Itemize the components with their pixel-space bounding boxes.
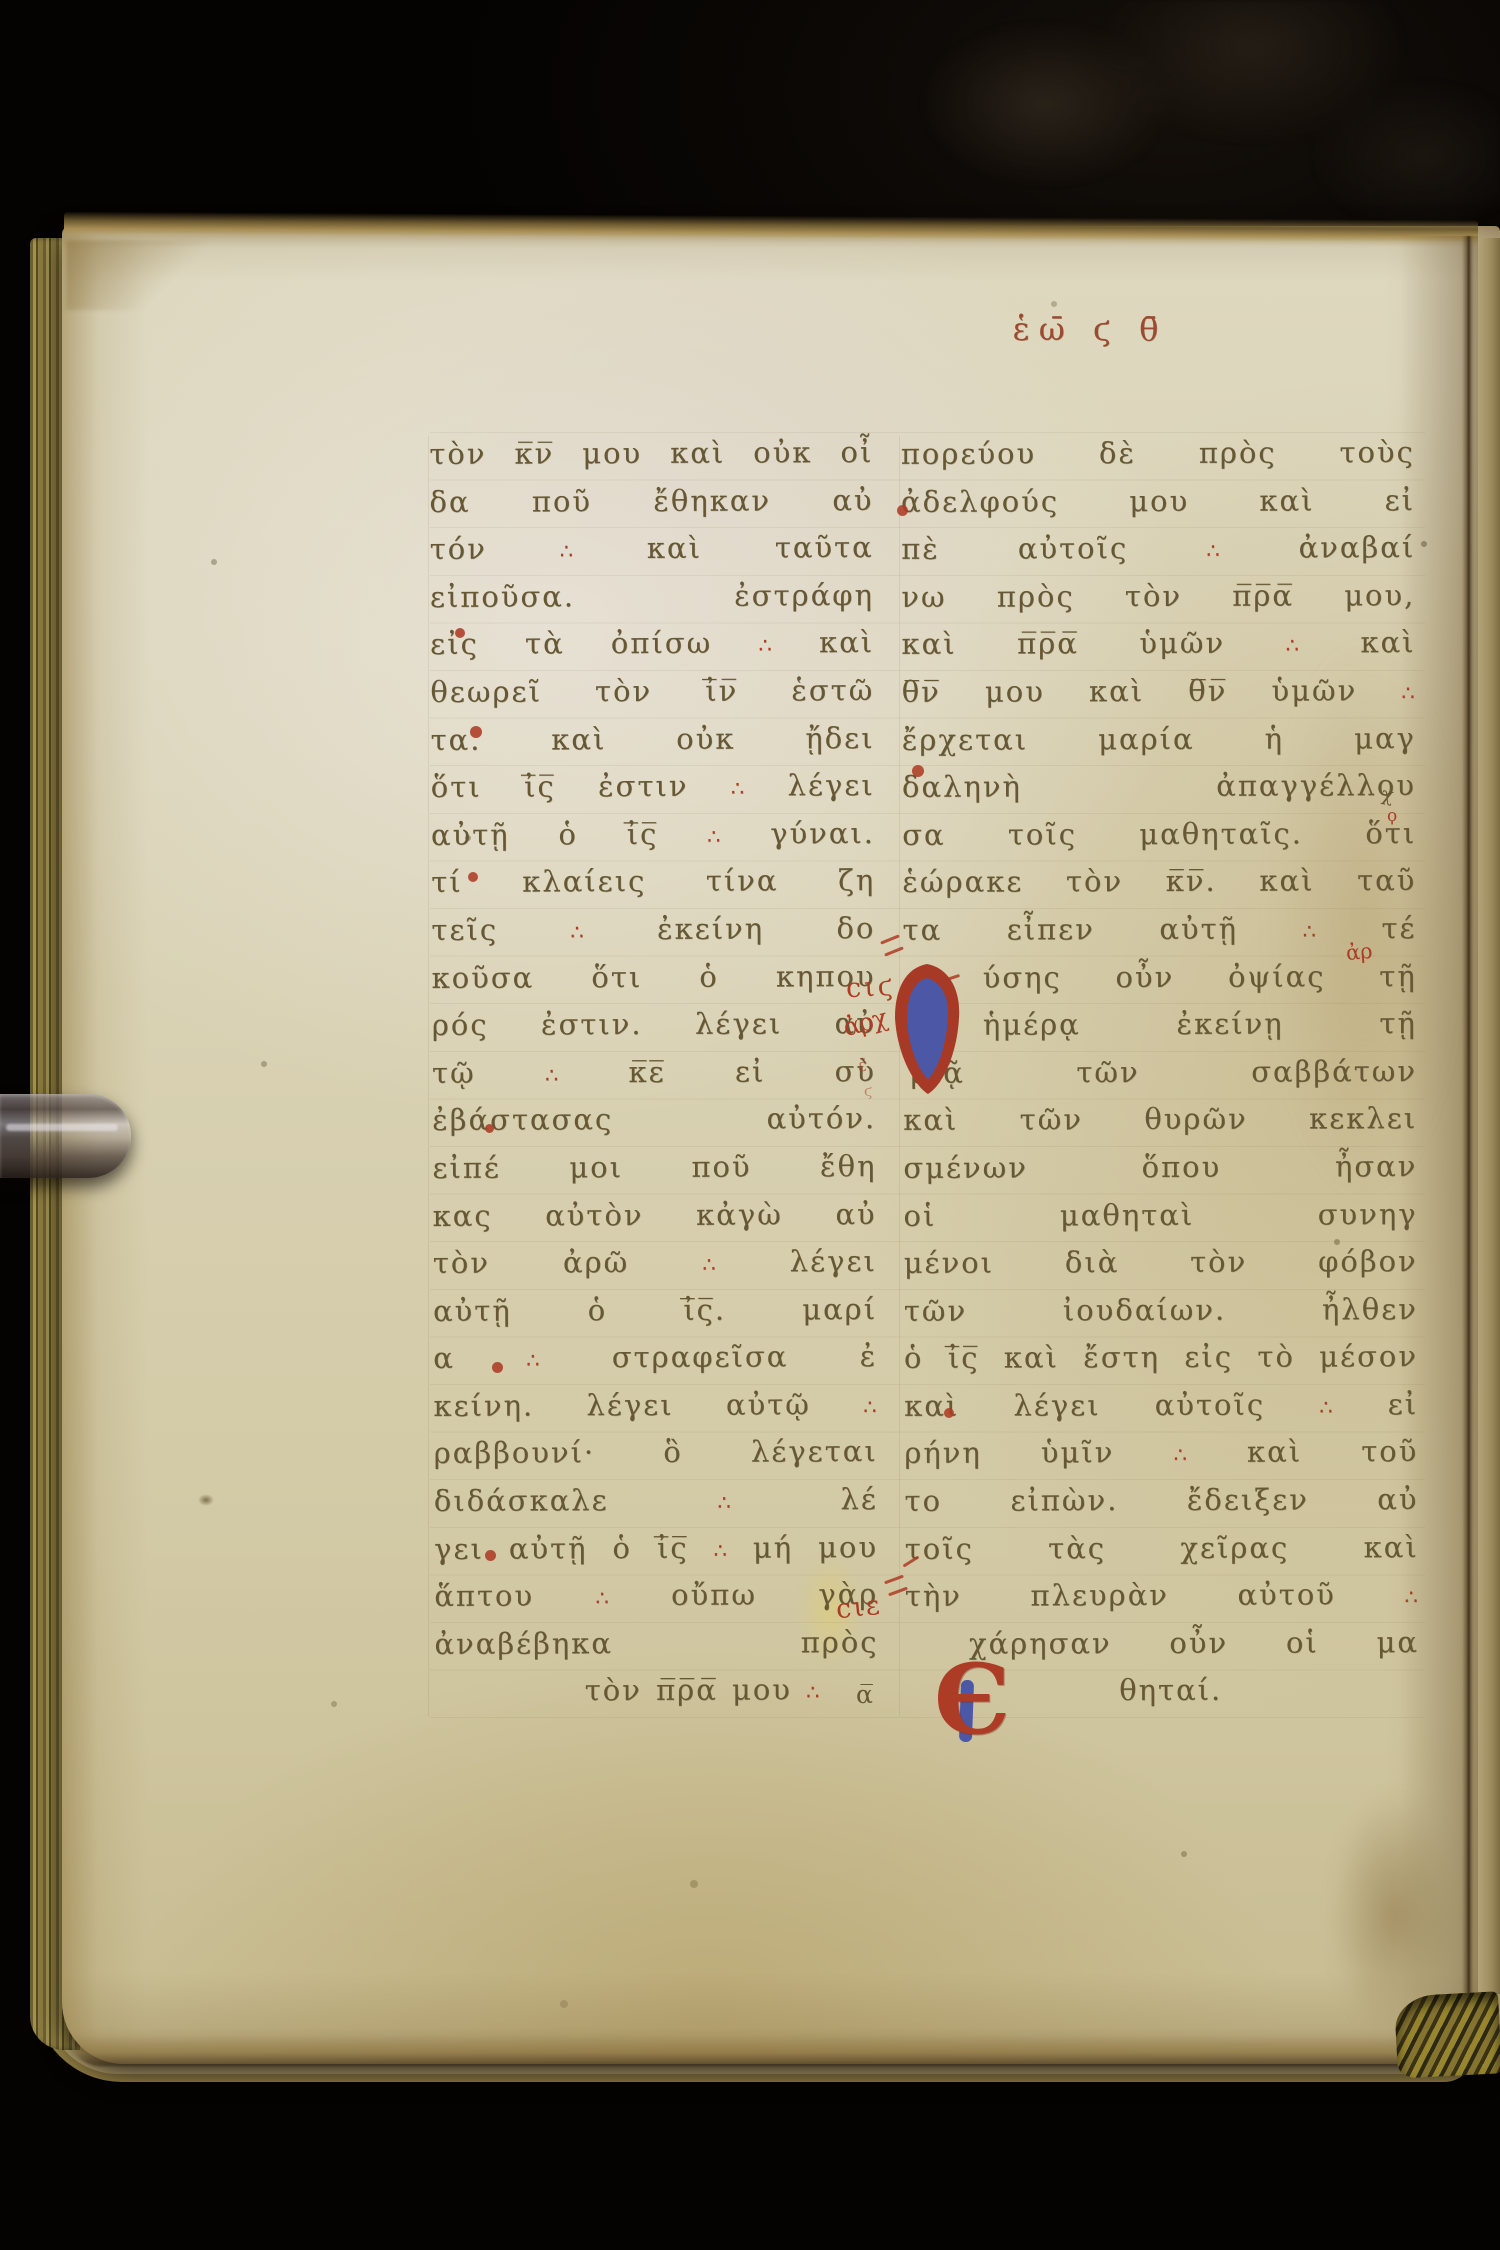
red-accent-dot — [492, 1362, 503, 1373]
page-bottom-edge — [70, 2036, 1420, 2066]
right-margin-mark: ϙ — [1387, 806, 1397, 826]
text-line: ἡμέρᾳ ἐκείνῃ τῇ — [903, 1000, 1417, 1049]
text-line: ρήνη ὑμῖν ∴ καὶ τοῦ — [904, 1429, 1418, 1478]
text-line: εἰπέ μοι ποῦ ἔθη — [432, 1143, 876, 1193]
text-line: θ̅ν̅ μου καὶ θ̅ν̅ ὑμῶν ∴ — [902, 667, 1416, 716]
text-line: α ∴ στραφεῖσα ἐ — [433, 1333, 877, 1383]
red-punctuation: ∴ — [595, 1586, 609, 1610]
initial-epsilon-glyph: Є — [934, 1650, 1010, 1750]
red-punctuation: ∴ — [1206, 539, 1220, 563]
text-line: τα. καὶ οὐκ ᾔδει — [430, 715, 874, 765]
text-line: θεωρεῖ τὸν ἰ̅ν̅ ἑστῶ — [430, 667, 874, 717]
red-punctuation: ∴ — [1401, 681, 1415, 705]
red-punctuation: ∴ — [806, 1681, 820, 1705]
red-punctuation: ∴ — [1286, 634, 1300, 658]
text-line: ὅτι ἰ̅ς̅ ἐστιν ∴ λέγει — [431, 762, 875, 812]
rod-highlight — [6, 1124, 118, 1131]
text-line: ἑώρακε τὸν κ̅ν̅. καὶ ταῦ — [902, 857, 1416, 906]
text-line: τὸν ἀρῶ ∴ λέγει — [433, 1238, 877, 1288]
text-line: αὐτῇ ὁ ἰ̅ς̅. μαρί — [433, 1286, 877, 1336]
glass-page-weight-rod — [0, 1094, 131, 1178]
red-punctuation: ∴ — [731, 777, 745, 801]
red-punctuation: ∴ — [707, 824, 721, 848]
text-line: ραββουνί· ὃ λέγεται — [434, 1428, 878, 1478]
text-line: ἐβάστασας αὐτόν. — [432, 1095, 876, 1145]
red-punctuation: ∴ — [1319, 1395, 1333, 1419]
text-line: πὲ αὐτοῖς ∴ ἀναβαί — [901, 524, 1415, 573]
red-punctuation: ∴ — [1173, 1443, 1187, 1467]
text-line: εἰς τὰ ὀπίσω ∴ καὶ — [430, 619, 874, 669]
red-punctuation: ∴ — [526, 1349, 540, 1373]
red-punctuation: ∴ — [545, 1063, 559, 1087]
text-line: πορεύου δὲ πρὸς τοὺς — [901, 429, 1415, 478]
text-line: ἅπτου ∴ οὔπω γὰρ — [434, 1571, 878, 1621]
text-line: καὶ τῶν θυρῶν κεκλει — [903, 1095, 1417, 1144]
red-punctuation: ∴ — [702, 1253, 716, 1277]
text-line: κοῦσα ὅτι ὁ κηπου — [431, 953, 875, 1003]
red-accent-dot — [470, 726, 482, 738]
text-line: τὴν πλευρὰν αὐτοῦ ∴ — [905, 1571, 1419, 1620]
text-line: τόν ∴ καὶ ταῦτα — [430, 524, 874, 574]
text-line: καὶ λέγει αὐτοῖς ∴ εἰ — [904, 1381, 1418, 1430]
endband-braid — [1394, 1991, 1500, 2078]
text-line: τὸν π̅ρ̅α̅ μου ∴ — [435, 1666, 879, 1716]
text-line: ἀδελφούς μου καὶ εἰ — [901, 477, 1415, 526]
ammonian-section-number: ϲιϛ — [845, 971, 896, 1005]
text-column-left: τὸν κ̅ν̅ μου καὶ οὐκ οἶδα ποῦ ἔθηκαν αὐτ… — [429, 429, 879, 1716]
red-punctuation: ∴ — [570, 920, 584, 944]
text-line: τα εἶπεν αὐτῇ ∴ τέ — [902, 905, 1416, 954]
red-accent-dot — [485, 1550, 496, 1561]
text-line: ἀναβέβηκα πρὸς — [434, 1619, 878, 1669]
quire-lection-header: ἑω̄ ϛ θ̄ — [975, 310, 1205, 348]
text-column-right: πορεύου δὲ πρὸς τοὺςἀδελφούς μου καὶ εἰπ… — [901, 429, 1419, 1716]
text-line: σα τοῖς μαθηταῖς. ὅτι — [902, 810, 1416, 859]
red-accent-dot — [897, 505, 908, 516]
text-line: σμένων ὅπου ἦσαν — [903, 1143, 1417, 1192]
arche-abbreviation: ἀρ — [1345, 939, 1374, 965]
text-line: διδάσκαλε ∴ λέ — [434, 1476, 878, 1526]
red-accent-dot — [485, 1124, 494, 1133]
red-accent-dot — [455, 628, 465, 638]
red-punctuation: ∴ — [714, 1538, 728, 1562]
red-accent-dot — [944, 1408, 954, 1418]
red-punctuation: ∴ — [863, 1395, 877, 1419]
text-line: τοῖς τὰς χεῖρας καὶ — [905, 1524, 1419, 1573]
text-line: εἰποῦσα. ἐστράφη — [430, 572, 874, 622]
text-line: δα ποῦ ἔθηκαν αὐ — [429, 477, 873, 527]
ammonian-section-number: ϲιε — [835, 1590, 884, 1626]
red-punctuation: ∴ — [717, 1491, 731, 1515]
text-line: αὐτῇ ὁ ἰ̅ς̅ ∴ γύναι. — [431, 810, 875, 860]
red-punctuation: ∴ — [1303, 919, 1317, 943]
text-line: τὸν κ̅ν̅ μου καὶ οὐκ οἶ — [429, 429, 873, 479]
marginal-letter: ε̄ — [858, 1056, 867, 1076]
text-line: τῶν ἰουδαίων. ἦλθεν — [904, 1286, 1418, 1335]
ruling-vertical-guide — [428, 436, 429, 1716]
gutter-crease — [1462, 236, 1474, 2036]
text-line: ἔρχεται μαρία ἡ μαγ — [902, 715, 1416, 764]
red-punctuation: ∴ — [560, 540, 574, 564]
text-line: ρός ἐστιν. λέγει αὐ — [432, 1000, 876, 1050]
text-line: γει αὐτῇ ὁ ἰ̅ς̅ ∴ μή μου — [434, 1524, 878, 1574]
initial-omicron-blue — [890, 962, 964, 1096]
facing-page-sliver — [1478, 238, 1500, 1994]
text-line: μιᾷ τῶν σαββάτων — [903, 1048, 1417, 1097]
red-accent-dot — [468, 872, 478, 882]
text-line: κείνη. λέγει αὐτῷ ∴ — [433, 1381, 877, 1431]
text-line: ύσης οὖν ὀψίας τῇ — [903, 953, 1417, 1002]
red-punctuation: ∴ — [1404, 1585, 1418, 1609]
text-line: καὶ π̅ρ̅α̅ ὑμῶν ∴ καὶ — [901, 619, 1415, 668]
text-line: μένοι διὰ τὸν φόβον — [904, 1238, 1418, 1287]
initial-epsilon-red: Є — [934, 1656, 1014, 1760]
text-line: το εἰπὼν. ἔδειξεν αὐ — [904, 1476, 1418, 1525]
text-line: δαληνὴ ἀπαγγέλλου — [902, 762, 1416, 811]
wormhole-specks — [0, 0, 4, 4]
red-accent-dot — [912, 765, 924, 777]
text-line: κας αὐτὸν κἀγὼ αὐ — [433, 1191, 877, 1241]
text-line: νω πρὸς τὸν π̅ρ̅α̅ μου, — [901, 572, 1415, 621]
canon-number: α̅ — [856, 1680, 873, 1709]
marginal-letter: ϛ — [864, 1082, 872, 1100]
text-line: τί κλαίεις τίνα ζη — [431, 857, 875, 907]
red-punctuation: ∴ — [758, 634, 772, 658]
photo-background: ἑω̄ ϛ θ̄ τὸν κ̅ν̅ μου καὶ οὐκ οἶδα ποῦ ἔ… — [0, 0, 1500, 2250]
text-line: ὁ ἰ̅ς̅ καὶ ἔστη εἰς τὸ μέσον — [904, 1333, 1418, 1382]
text-line: τῷ ∴ κ̅ε̅ εἰ σὺ — [432, 1048, 876, 1098]
text-line: τεῖς ∴ ἐκείνη δο — [431, 905, 875, 955]
text-line: οἱ μαθηταὶ συνηγ — [903, 1191, 1417, 1240]
